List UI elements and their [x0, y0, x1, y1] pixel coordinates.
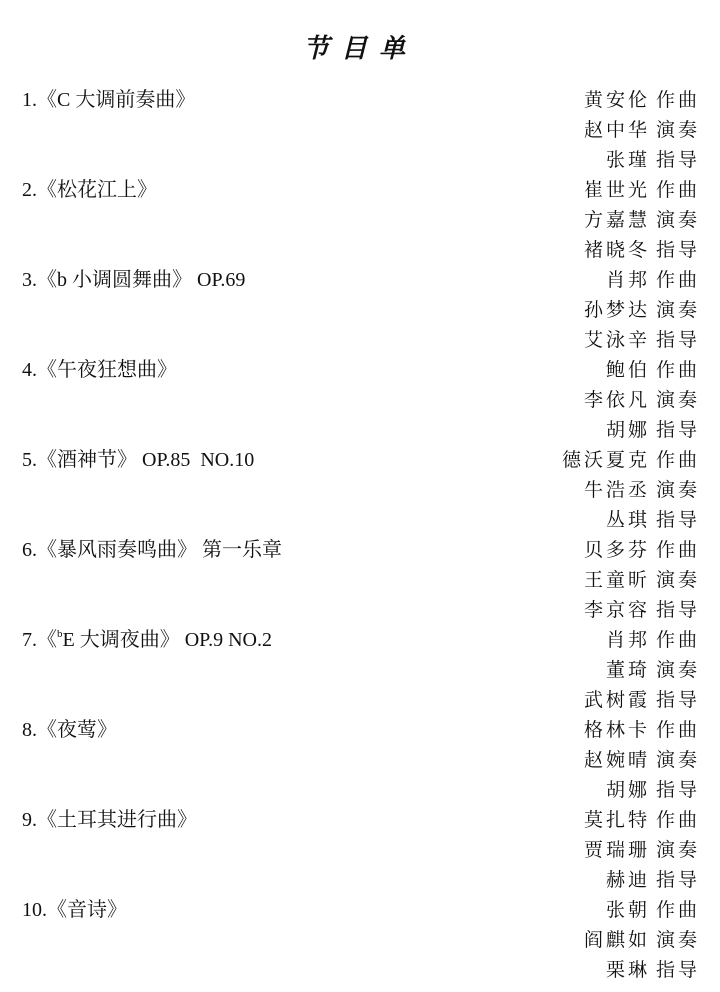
role-label: 演奏 [656, 389, 700, 411]
program-line: 李依凡演奏 [0, 385, 720, 415]
credit: 贝多芬作曲 [584, 535, 700, 565]
person-name: 艾泳辛 [584, 329, 650, 351]
role-label: 作曲 [656, 719, 700, 741]
credit: 肖邦作曲 [606, 265, 700, 295]
role-label: 演奏 [656, 479, 700, 501]
program-line: 2.《松花江上》崔世光作曲 [0, 175, 720, 205]
program-line: 8.《夜莺》格林卡作曲 [0, 715, 720, 745]
role-label: 指导 [656, 149, 700, 171]
piece-name: 《b 小调圆舞曲》 [37, 269, 192, 291]
role-label: 演奏 [656, 929, 700, 951]
program-line: 牛浩丞演奏 [0, 475, 720, 505]
program-line: 栗琳指导 [0, 955, 720, 985]
program-line: 方嘉慧演奏 [0, 205, 720, 235]
role-label: 指导 [656, 689, 700, 711]
piece-title: 4.《午夜狂想曲》 [22, 355, 177, 385]
credit: 董琦演奏 [606, 655, 700, 685]
credit: 褚晓冬指导 [584, 235, 700, 265]
piece-title: 6.《暴风雨奏鸣曲》 第一乐章 [22, 535, 282, 565]
piece-suffix: OP.9 NO.2 [185, 629, 272, 651]
role-label: 演奏 [656, 299, 700, 321]
credit: 崔世光作曲 [584, 175, 700, 205]
credit: 胡娜指导 [606, 775, 700, 805]
person-name: 孙梦达 [584, 299, 650, 321]
role-label: 作曲 [656, 449, 700, 471]
program-list: 1.《C 大调前奏曲》黄安伦作曲赵中华演奏张瑾指导2.《松花江上》崔世光作曲方嘉… [0, 85, 720, 985]
role-label: 作曲 [656, 179, 700, 201]
person-name: 张瑾 [606, 149, 650, 171]
piece-name: 《暴风雨奏鸣曲》 [37, 539, 197, 561]
role-label: 指导 [656, 779, 700, 801]
credit: 李依凡演奏 [584, 385, 700, 415]
role-label: 作曲 [656, 539, 700, 561]
credit: 格林卡作曲 [584, 715, 700, 745]
piece-title: 1.《C 大调前奏曲》 [22, 85, 195, 115]
role-label: 作曲 [656, 89, 700, 111]
role-label: 作曲 [656, 629, 700, 651]
piece-title: 7.《bE 大调夜曲》 OP.9 NO.2 [22, 625, 272, 655]
piece-name: 《土耳其进行曲》 [37, 809, 197, 831]
program-line: 艾泳辛指导 [0, 325, 720, 355]
role-label: 指导 [656, 419, 700, 441]
program-line: 7.《bE 大调夜曲》 OP.9 NO.2肖邦作曲 [0, 625, 720, 655]
piece-name: 《午夜狂想曲》 [37, 359, 177, 381]
program-line: 王童昕演奏 [0, 565, 720, 595]
credit: 阎麒如演奏 [584, 925, 700, 955]
program-line: 李京容指导 [0, 595, 720, 625]
piece-number: 4. [22, 359, 37, 381]
program-line: 赵中华演奏 [0, 115, 720, 145]
role-label: 演奏 [656, 209, 700, 231]
program-line: 张瑾指导 [0, 145, 720, 175]
person-name: 莫扎特 [584, 809, 650, 831]
piece-number: 8. [22, 719, 37, 741]
credit: 赵中华演奏 [584, 115, 700, 145]
person-name: 阎麒如 [584, 929, 650, 951]
role-label: 演奏 [656, 839, 700, 861]
person-name: 贝多芬 [584, 539, 650, 561]
role-label: 演奏 [656, 749, 700, 771]
person-name: 李京容 [584, 599, 650, 621]
person-name: 王童昕 [584, 569, 650, 591]
credit: 武树霞指导 [584, 685, 700, 715]
program-line: 5.《酒神节》 OP.85 NO.10德沃夏克作曲 [0, 445, 720, 475]
credit: 贾瑞珊演奏 [584, 835, 700, 865]
person-name: 赵婉晴 [584, 749, 650, 771]
role-label: 指导 [656, 599, 700, 621]
credit: 莫扎特作曲 [584, 805, 700, 835]
person-name: 方嘉慧 [584, 209, 650, 231]
piece-title: 5.《酒神节》 OP.85 NO.10 [22, 445, 254, 475]
role-label: 指导 [656, 869, 700, 891]
piece-name: 《C 大调前奏曲》 [37, 89, 195, 111]
piece-suffix: OP.69 [197, 269, 245, 291]
role-label: 作曲 [656, 359, 700, 381]
program-line: 3.《b 小调圆舞曲》 OP.69肖邦作曲 [0, 265, 720, 295]
credit: 黄安伦作曲 [584, 85, 700, 115]
program-line: 赵婉晴演奏 [0, 745, 720, 775]
person-name: 董琦 [606, 659, 650, 681]
piece-number: 7. [22, 629, 37, 651]
person-name: 赫迪 [606, 869, 650, 891]
person-name: 黄安伦 [584, 89, 650, 111]
credit: 赵婉晴演奏 [584, 745, 700, 775]
program-line: 褚晓冬指导 [0, 235, 720, 265]
person-name: 胡娜 [606, 419, 650, 441]
program-line: 10.《音诗》张朝作曲 [0, 895, 720, 925]
credit: 鲍伯作曲 [606, 355, 700, 385]
piece-name: 《夜莺》 [37, 719, 117, 741]
credit: 胡娜指导 [606, 415, 700, 445]
role-label: 作曲 [656, 809, 700, 831]
role-label: 演奏 [656, 119, 700, 141]
person-name: 赵中华 [584, 119, 650, 141]
credit: 方嘉慧演奏 [584, 205, 700, 235]
credit: 王童昕演奏 [584, 565, 700, 595]
role-label: 指导 [656, 239, 700, 261]
person-name: 德沃夏克 [562, 449, 650, 471]
program-line: 胡娜指导 [0, 415, 720, 445]
program-line: 丛琪指导 [0, 505, 720, 535]
role-label: 演奏 [656, 569, 700, 591]
role-label: 指导 [656, 329, 700, 351]
credit: 孙梦达演奏 [584, 295, 700, 325]
piece-suffix: OP.85 NO.10 [142, 449, 254, 471]
piece-number: 2. [22, 179, 37, 201]
credit: 肖邦作曲 [606, 625, 700, 655]
piece-name: 《松花江上》 [37, 179, 157, 201]
person-name: 崔世光 [584, 179, 650, 201]
piece-title: 10.《音诗》 [22, 895, 127, 925]
role-label: 作曲 [656, 899, 700, 921]
piece-name: 《酒神节》 [37, 449, 137, 471]
program-line: 6.《暴风雨奏鸣曲》 第一乐章贝多芬作曲 [0, 535, 720, 565]
piece-number: 1. [22, 89, 37, 111]
piece-number: 3. [22, 269, 37, 291]
piece-number: 6. [22, 539, 37, 561]
credit: 张朝作曲 [606, 895, 700, 925]
page-title: 节目单 [0, 28, 720, 65]
program-line: 赫迪指导 [0, 865, 720, 895]
program-line: 孙梦达演奏 [0, 295, 720, 325]
person-name: 肖邦 [606, 269, 650, 291]
credit: 牛浩丞演奏 [584, 475, 700, 505]
role-label: 作曲 [656, 269, 700, 291]
piece-number: 10. [22, 899, 47, 921]
piece-number: 9. [22, 809, 37, 831]
person-name: 鲍伯 [606, 359, 650, 381]
credit: 张瑾指导 [606, 145, 700, 175]
person-name: 牛浩丞 [584, 479, 650, 501]
program-line: 贾瑞珊演奏 [0, 835, 720, 865]
piece-title-open: 《 [37, 629, 57, 651]
piece-title: 2.《松花江上》 [22, 175, 157, 205]
piece-name: 《音诗》 [47, 899, 127, 921]
credit: 赫迪指导 [606, 865, 700, 895]
piece-number: 5. [22, 449, 37, 471]
piece-title: 9.《土耳其进行曲》 [22, 805, 197, 835]
person-name: 李依凡 [584, 389, 650, 411]
piece-suffix: 第一乐章 [202, 539, 282, 561]
person-name: 贾瑞珊 [584, 839, 650, 861]
piece-title: 8.《夜莺》 [22, 715, 117, 745]
person-name: 肖邦 [606, 629, 650, 651]
program-line: 9.《土耳其进行曲》莫扎特作曲 [0, 805, 720, 835]
person-name: 胡娜 [606, 779, 650, 801]
person-name: 丛琪 [606, 509, 650, 531]
piece-title: 3.《b 小调圆舞曲》 OP.69 [22, 265, 245, 295]
person-name: 褚晓冬 [584, 239, 650, 261]
program-line: 武树霞指导 [0, 685, 720, 715]
program-line: 胡娜指导 [0, 775, 720, 805]
program-line: 董琦演奏 [0, 655, 720, 685]
person-name: 武树霞 [584, 689, 650, 711]
credit: 栗琳指导 [606, 955, 700, 985]
credit: 艾泳辛指导 [584, 325, 700, 355]
program-line: 1.《C 大调前奏曲》黄安伦作曲 [0, 85, 720, 115]
role-label: 指导 [656, 509, 700, 531]
credit: 丛琪指导 [606, 505, 700, 535]
credit: 德沃夏克作曲 [562, 445, 700, 475]
credit: 李京容指导 [584, 595, 700, 625]
person-name: 张朝 [606, 899, 650, 921]
piece-name: E 大调夜曲》 [63, 629, 180, 651]
role-label: 演奏 [656, 659, 700, 681]
person-name: 栗琳 [606, 959, 650, 981]
role-label: 指导 [656, 959, 700, 981]
program-line: 阎麒如演奏 [0, 925, 720, 955]
person-name: 格林卡 [584, 719, 650, 741]
program-line: 4.《午夜狂想曲》鲍伯作曲 [0, 355, 720, 385]
